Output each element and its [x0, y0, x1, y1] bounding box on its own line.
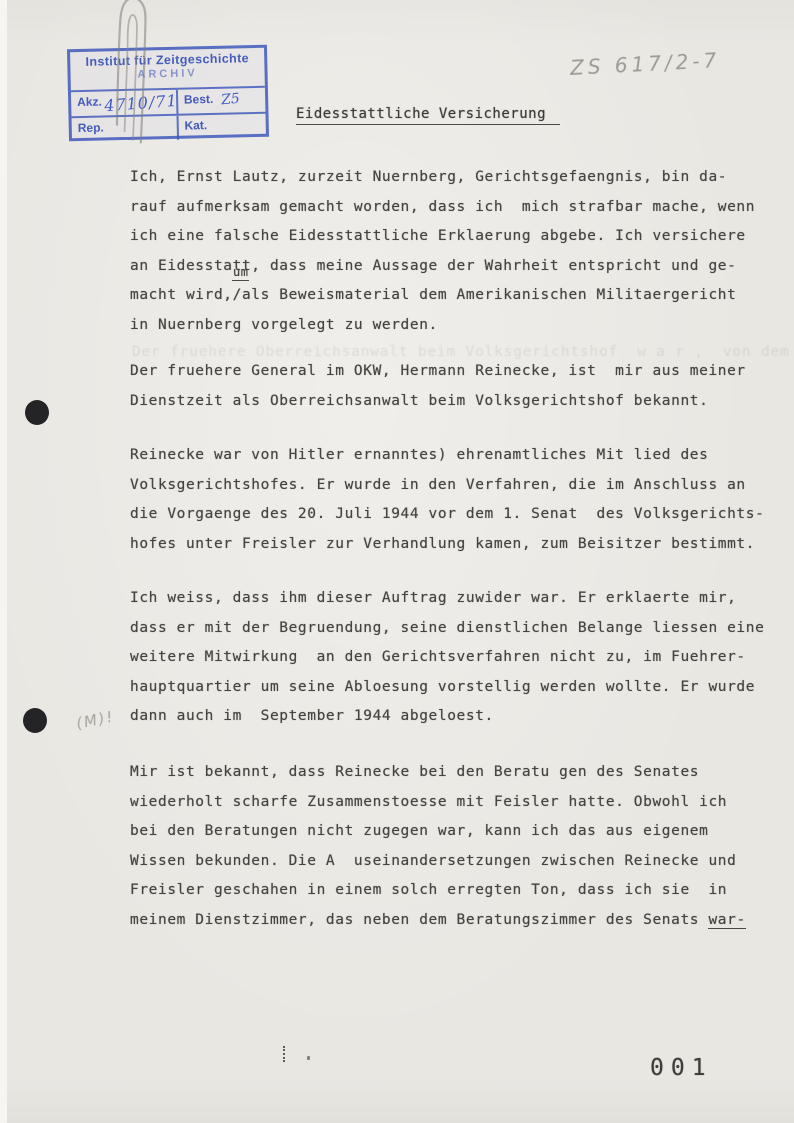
page-number-stamp: 001: [650, 1055, 713, 1081]
text-line-with-underline: meinem Dienstzimmer, das neben dem Berat…: [130, 906, 746, 936]
text-line: hofes unter Freisler zur Verhandlung kam…: [130, 530, 764, 560]
text-line: an Eidesstatt, dass meine Aussage der Wa…: [130, 252, 755, 282]
text-line: Der fruehere General im OKW, Hermann Rei…: [130, 357, 746, 387]
text-line: in Nuernberg vorgelegt zu werden.: [130, 311, 755, 341]
stamp-best-value: Z5: [221, 91, 241, 109]
stamp-kat-label: Kat.: [184, 118, 207, 133]
underlined-word: war-: [708, 912, 745, 929]
scan-edge: [0, 0, 7, 1123]
text-line: Volksgerichtshofes. Er wurde in den Verf…: [130, 471, 764, 501]
text-line: Mir ist bekannt, dass Reinecke bei den B…: [130, 758, 746, 788]
paragraph-1: Ich, Ernst Lautz, zurzeit Nuernberg, Ger…: [130, 163, 755, 340]
stray-mark: [283, 1046, 285, 1062]
text-line: Freisler geschahen in einem solch erregt…: [130, 876, 746, 906]
document-title: Eidesstattliche Versicherung: [296, 106, 560, 125]
pencil-margin-mark: (M)!: [75, 707, 117, 733]
paragraph-5: Mir ist bekannt, dass Reinecke bei den B…: [130, 758, 746, 935]
line-prefix: meinem Dienstzimmer, das neben dem Berat…: [130, 912, 708, 928]
paperclip-imprint-icon: [97, 0, 177, 146]
text-line: dass er mit der Begruendung, seine diens…: [130, 614, 764, 644]
paragraph-3: Reinecke war von Hitler ernanntes) ehren…: [130, 441, 764, 559]
text-line: Ich weiss, dass ihm dieser Auftrag zuwid…: [130, 584, 764, 614]
punch-hole-top: [25, 400, 49, 425]
text-line: Ich, Ernst Lautz, zurzeit Nuernberg, Ger…: [130, 163, 755, 193]
stamp-best-label: Best.: [184, 92, 214, 107]
text-line: Reinecke war von Hitler ernanntes) ehren…: [130, 441, 764, 471]
text-line: dann auch im September 1944 abgeloest.: [130, 702, 764, 732]
text-line: ich eine falsche Eidesstattliche Erklaer…: [130, 222, 755, 252]
text-line: rauf aufmerksam gemacht worden, dass ich…: [130, 193, 755, 223]
text-line: Dienstzeit als Oberreichsanwalt beim Vol…: [130, 387, 746, 417]
text-line: weitere Mitwirkung an den Gerichtsverfah…: [130, 643, 764, 673]
text-line: wiederholt scharfe Zusammenstoesse mit F…: [130, 788, 746, 818]
text-line: hauptquartier um seine Abloesung vorstel…: [130, 673, 764, 703]
text-line: die Vorgaenge des 20. Juli 1944 vor dem …: [130, 500, 764, 530]
text-line: bei den Beratungen nicht zugegen war, ka…: [130, 817, 746, 847]
scanned-affidavit-page: Institut für Zeitgeschichte ARCHIV Akz. …: [0, 0, 794, 1123]
pencil-file-reference: ZS 617/2-7: [569, 48, 720, 80]
paragraph-4: Ich weiss, dass ihm dieser Auftrag zuwid…: [130, 584, 764, 732]
document-title-wrap: Eidesstattliche Versicherung: [296, 106, 560, 122]
text-line: macht wird,/als Beweismaterial dem Ameri…: [130, 281, 755, 311]
paragraph-2: Der fruehere General im OKW, Hermann Rei…: [130, 357, 746, 416]
typed-insertion-um: um: [232, 266, 249, 281]
text-line: Wissen bekunden. Die A useinandersetzung…: [130, 847, 746, 877]
punch-hole-bottom: [23, 708, 47, 733]
stray-mark: [307, 1056, 310, 1060]
